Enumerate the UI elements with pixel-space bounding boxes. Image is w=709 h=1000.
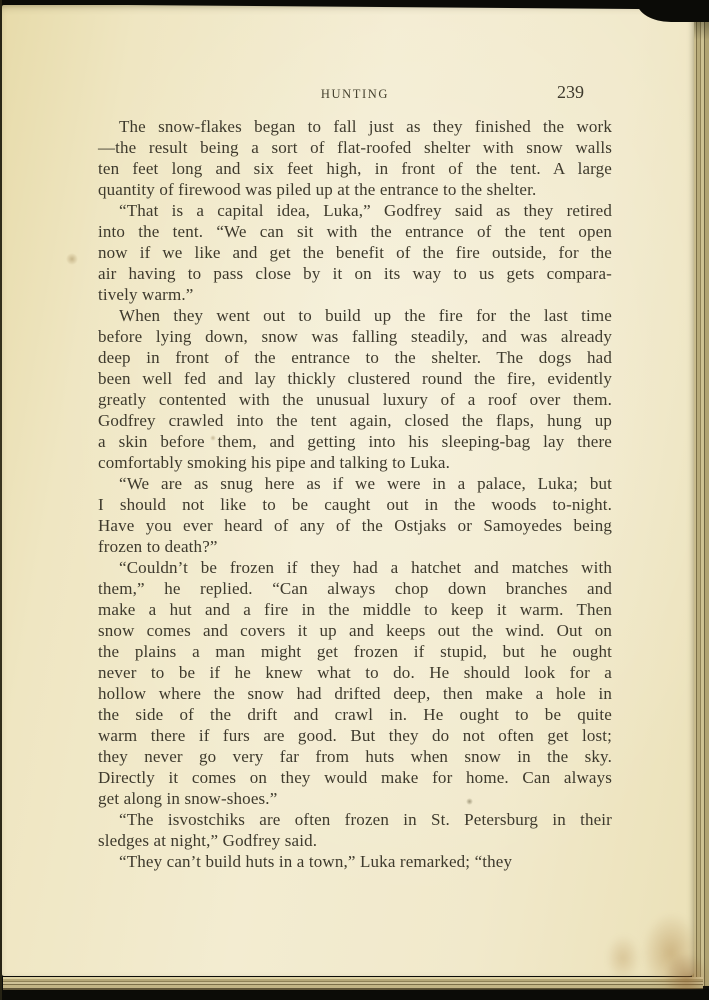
text-line: ten feet long and six feet high, in fron… [98, 158, 612, 179]
text-line: —the result being a sort of flat-roofed … [98, 137, 612, 158]
text-line: make a hut and a fire in the middle to k… [98, 599, 612, 620]
text-line: “They can’t build huts in a town,” Luka … [98, 851, 612, 872]
running-head: HUNTING 239 [98, 84, 612, 104]
text-line: get along in snow-shoes.” [98, 788, 612, 809]
text-line: snow comes and covers it up and keeps ou… [98, 620, 612, 641]
text-line: sledges at night,” Godfrey said. [98, 830, 612, 851]
book-page: HUNTING 239 The snow-flakes began to fal… [2, 5, 694, 976]
photo-edge-bottom [0, 989, 709, 1000]
text-line: deep in front of the entrance to the she… [98, 347, 612, 368]
text-line: frozen to death?” [98, 536, 612, 557]
text-line: The snow-flakes began to fall just as th… [98, 116, 612, 137]
page-content: HUNTING 239 The snow-flakes began to fal… [98, 5, 612, 872]
text-line: into the tent. “We can sit with the entr… [98, 221, 612, 242]
paragraph: “The isvostchiks are often frozen in St.… [98, 809, 612, 851]
text-line: them,” he replied. “Can always chop down… [98, 578, 612, 599]
paragraph: When they went out to build up the fire … [98, 305, 612, 473]
text-line: When they went out to build up the fire … [98, 305, 612, 326]
paragraph: “We are as snug here as if we were in a … [98, 473, 612, 557]
text-line: now if we like and get the benefit of th… [98, 242, 612, 263]
page-number: 239 [557, 82, 584, 103]
stain-mark [606, 935, 640, 981]
text-line: “Couldn’t be frozen if they had a hatche… [98, 557, 612, 578]
paragraph: “That is a capital idea, Luka,” Godfrey … [98, 200, 612, 305]
text-line: hollow where the snow had drifted deep, … [98, 683, 612, 704]
page-stack-edge-right [692, 10, 709, 986]
text-line: quantity of firewood was piled up at the… [98, 179, 612, 200]
text-line: “We are as snug here as if we were in a … [98, 473, 612, 494]
text-line: I should not like to be caught out in th… [98, 494, 612, 515]
text-line: they never go very far from huts when sn… [98, 746, 612, 767]
book-scan: HUNTING 239 The snow-flakes began to fal… [0, 0, 709, 1000]
text-line: been well fed and lay thickly clustered … [98, 368, 612, 389]
text-line: greatly contented with the unusual luxur… [98, 389, 612, 410]
paragraph: “They can’t build huts in a town,” Luka … [98, 851, 612, 872]
text-line: “The isvostchiks are often frozen in St.… [98, 809, 612, 830]
text-line: Directly it comes on they would make for… [98, 767, 612, 788]
text-line: tively warm.” [98, 284, 612, 305]
text-line: comfortably smoking his pipe and talking… [98, 452, 612, 473]
text-line: warm there if furs are good. But they do… [98, 725, 612, 746]
paragraph: “Couldn’t be frozen if they had a hatche… [98, 557, 612, 809]
paragraph: The snow-flakes began to fall just as th… [98, 116, 612, 200]
text-line: Godfrey crawled into the tent again, clo… [98, 410, 612, 431]
text-line: never to be if he knew what to do. He sh… [98, 662, 612, 683]
text-line: before lying down, snow was falling stea… [98, 326, 612, 347]
page-stack-edge-bottom [3, 977, 703, 990]
text-line: “That is a capital idea, Luka,” Godfrey … [98, 200, 612, 221]
text-line: air having to pass close by it on its wa… [98, 263, 612, 284]
text-line: the side of the drift and crawl in. He o… [98, 704, 612, 725]
photo-edge-left [0, 0, 2, 1000]
text-line: a skin before them, and getting into his… [98, 431, 612, 452]
text-line: Have you ever heard of any of the Ostjak… [98, 515, 612, 536]
running-title: HUNTING [98, 87, 612, 102]
text-block: The snow-flakes began to fall just as th… [98, 116, 612, 872]
text-line: the plains a man might get frozen if stu… [98, 641, 612, 662]
foxing-speck [66, 253, 78, 265]
